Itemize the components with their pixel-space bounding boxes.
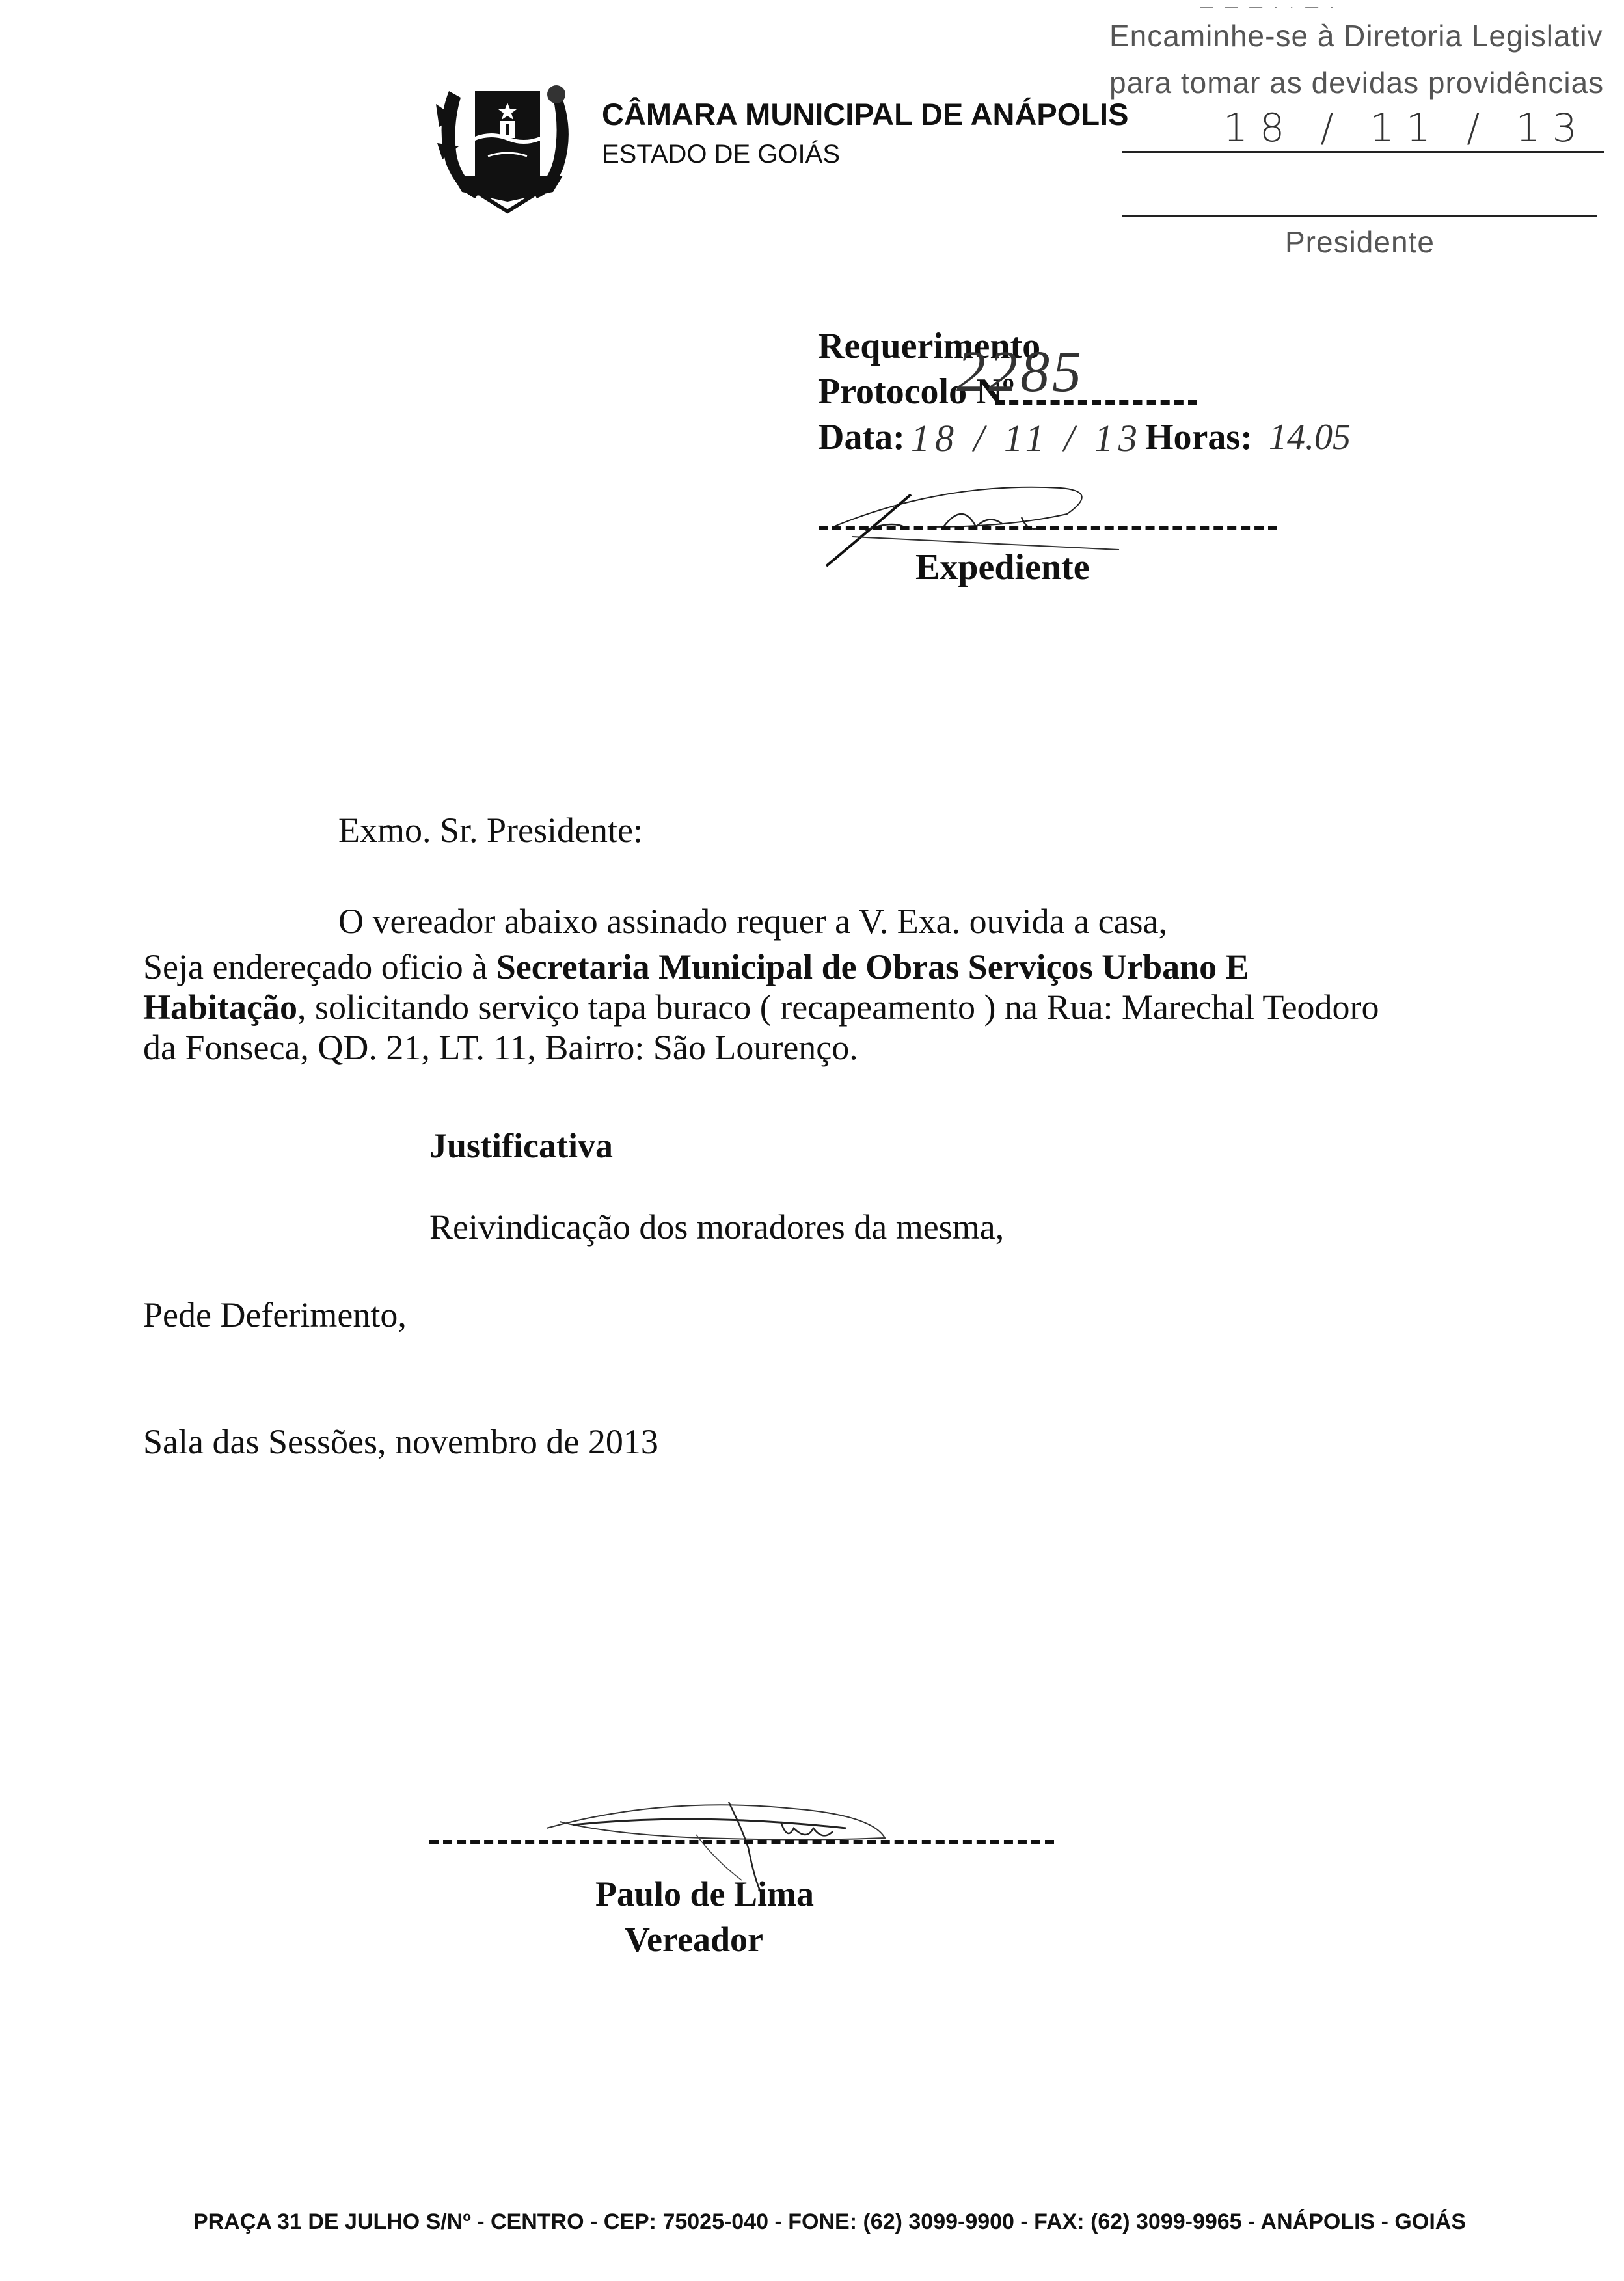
horas-value-handwritten: 14.05 bbox=[1269, 416, 1351, 458]
expediente-label: Expediente bbox=[915, 547, 1090, 588]
organization-name: CÂMARA MUNICIPAL DE ANÁPOLIS bbox=[602, 96, 1128, 132]
data-value-handwritten: 18 / 11 / 13 bbox=[911, 416, 1143, 460]
footer-address: PRAÇA 31 DE JULHO S/Nº - CENTRO - CEP: 7… bbox=[98, 2209, 1562, 2235]
signatory-role: Vereador bbox=[625, 1919, 763, 1960]
salutation: Exmo. Sr. Presidente: bbox=[338, 810, 643, 850]
expediente-dashed-line bbox=[819, 526, 1277, 530]
paragraph-intro: O vereador abaixo assinado requer a V. E… bbox=[338, 901, 1167, 941]
signatory-name: Paulo de Lima bbox=[595, 1874, 814, 1914]
stamp-handwritten-date: 18 / 11 / 13 bbox=[1223, 105, 1589, 151]
protocolo-number-handwritten: 2285 bbox=[956, 338, 1084, 405]
stamp-signature-title: Presidente bbox=[1285, 224, 1435, 260]
coat-of-arms-icon bbox=[429, 65, 586, 215]
data-label: Data: bbox=[818, 416, 905, 458]
place-date: Sala das Sessões, novembro de 2013 bbox=[143, 1422, 658, 1462]
paragraph-request: Seja endereçado oficio à Secretaria Muni… bbox=[143, 947, 1379, 1068]
stamp-line-2: para tomar as devidas providências bbox=[1109, 65, 1604, 100]
horas-label: Horas: bbox=[1145, 416, 1252, 458]
organization-state: ESTADO DE GOIÁS bbox=[602, 140, 840, 169]
paragraph-request-pre: Seja endereçado oficio à bbox=[143, 947, 496, 986]
closing: Pede Deferimento, bbox=[143, 1295, 407, 1335]
stamp-date-underline bbox=[1122, 151, 1604, 153]
justification-title: Justificativa bbox=[429, 1126, 613, 1166]
stamp-signature-line bbox=[1122, 215, 1597, 217]
signature-dashed-line bbox=[429, 1840, 1054, 1844]
stamp-line-1: Encaminhe-se à Diretoria Legislativ bbox=[1109, 18, 1603, 53]
stamp-header-fragment: — — — · · — · bbox=[1200, 0, 1338, 15]
paragraph-request-post: , solicitando serviço tapa buraco ( reca… bbox=[143, 988, 1379, 1067]
justification-text: Reivindicação dos moradores da mesma, bbox=[429, 1207, 1004, 1247]
